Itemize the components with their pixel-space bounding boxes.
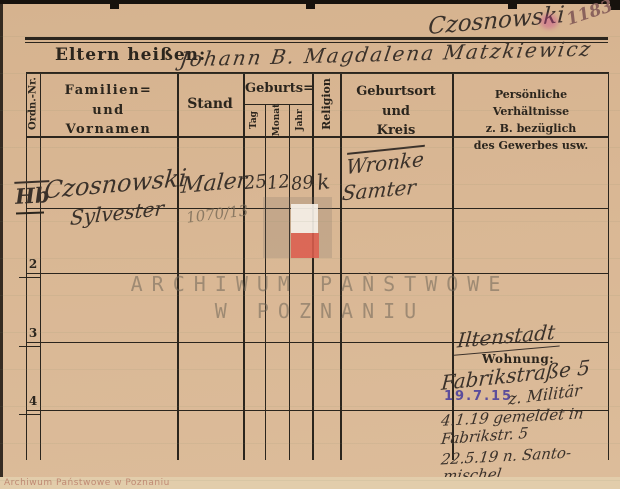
date-stamp: 19.7.15 xyxy=(444,389,513,404)
row1-firstname: Sylvester xyxy=(69,196,164,230)
archival-form-scan: Czosnowski 1183 Eltern heißen: Johann B.… xyxy=(0,0,620,489)
row1-stand-note: 1070/13 xyxy=(185,201,249,226)
row1-birth-month: 12 xyxy=(266,171,291,194)
binder-mark-icon xyxy=(110,0,119,9)
archive-logo-red-square xyxy=(291,233,319,258)
binder-mark-icon xyxy=(306,0,315,9)
column-header-geburtsort: Geburtsort und Kreis xyxy=(342,82,450,141)
row-mark-line xyxy=(19,346,40,347)
archive-watermark-line1: ARCHIWUM PAŃSTWOWE xyxy=(100,272,540,296)
footer-archive-text: Archiwum Państwowe w Poznaniu xyxy=(4,478,170,488)
table-line xyxy=(177,72,179,460)
column-header-ordn-nr: Ordn.-Nr. xyxy=(27,69,40,139)
archive-watermark-line2: W POZNANIU xyxy=(100,299,540,323)
column-header-religion: Religion xyxy=(319,74,333,134)
row1-stand: Maler xyxy=(180,168,248,199)
column-header-geburts: Geburts= xyxy=(245,81,310,96)
row2-number: 2 xyxy=(27,257,39,271)
row-mark-line xyxy=(19,277,40,278)
column-header-tag: Tag xyxy=(248,105,260,135)
row1-birth-district: Samter xyxy=(341,175,417,206)
note-place: Iltenstadt xyxy=(454,319,562,356)
column-header-jahr: Jahr xyxy=(294,105,306,135)
magenta-ink-smudge xyxy=(540,14,558,29)
row-mark-line xyxy=(19,414,40,415)
table-line xyxy=(26,72,609,74)
table-line xyxy=(243,72,245,460)
archive-number: 1183 xyxy=(564,0,615,30)
table-line xyxy=(40,72,41,460)
column-header-stand: Stand xyxy=(179,96,241,112)
table-line xyxy=(608,72,609,460)
row1-birth-day: 25 xyxy=(243,171,268,194)
row1-birth-year: 89 xyxy=(290,172,315,195)
table-line xyxy=(312,72,314,460)
column-header-name: Familien= und Vornamen xyxy=(42,81,175,140)
row1-surname: Czosnowski xyxy=(43,164,188,205)
row4-number: 4 xyxy=(27,394,39,408)
column-header-personal: Persönliche Verhältnisse z. B. bezüglich… xyxy=(456,86,606,154)
row3-number: 3 xyxy=(27,326,39,340)
archive-logo-white-square xyxy=(291,204,318,233)
row1-religion: k xyxy=(315,169,331,195)
column-header-monat: Monat xyxy=(271,105,283,135)
scan-edge-left xyxy=(0,0,3,489)
